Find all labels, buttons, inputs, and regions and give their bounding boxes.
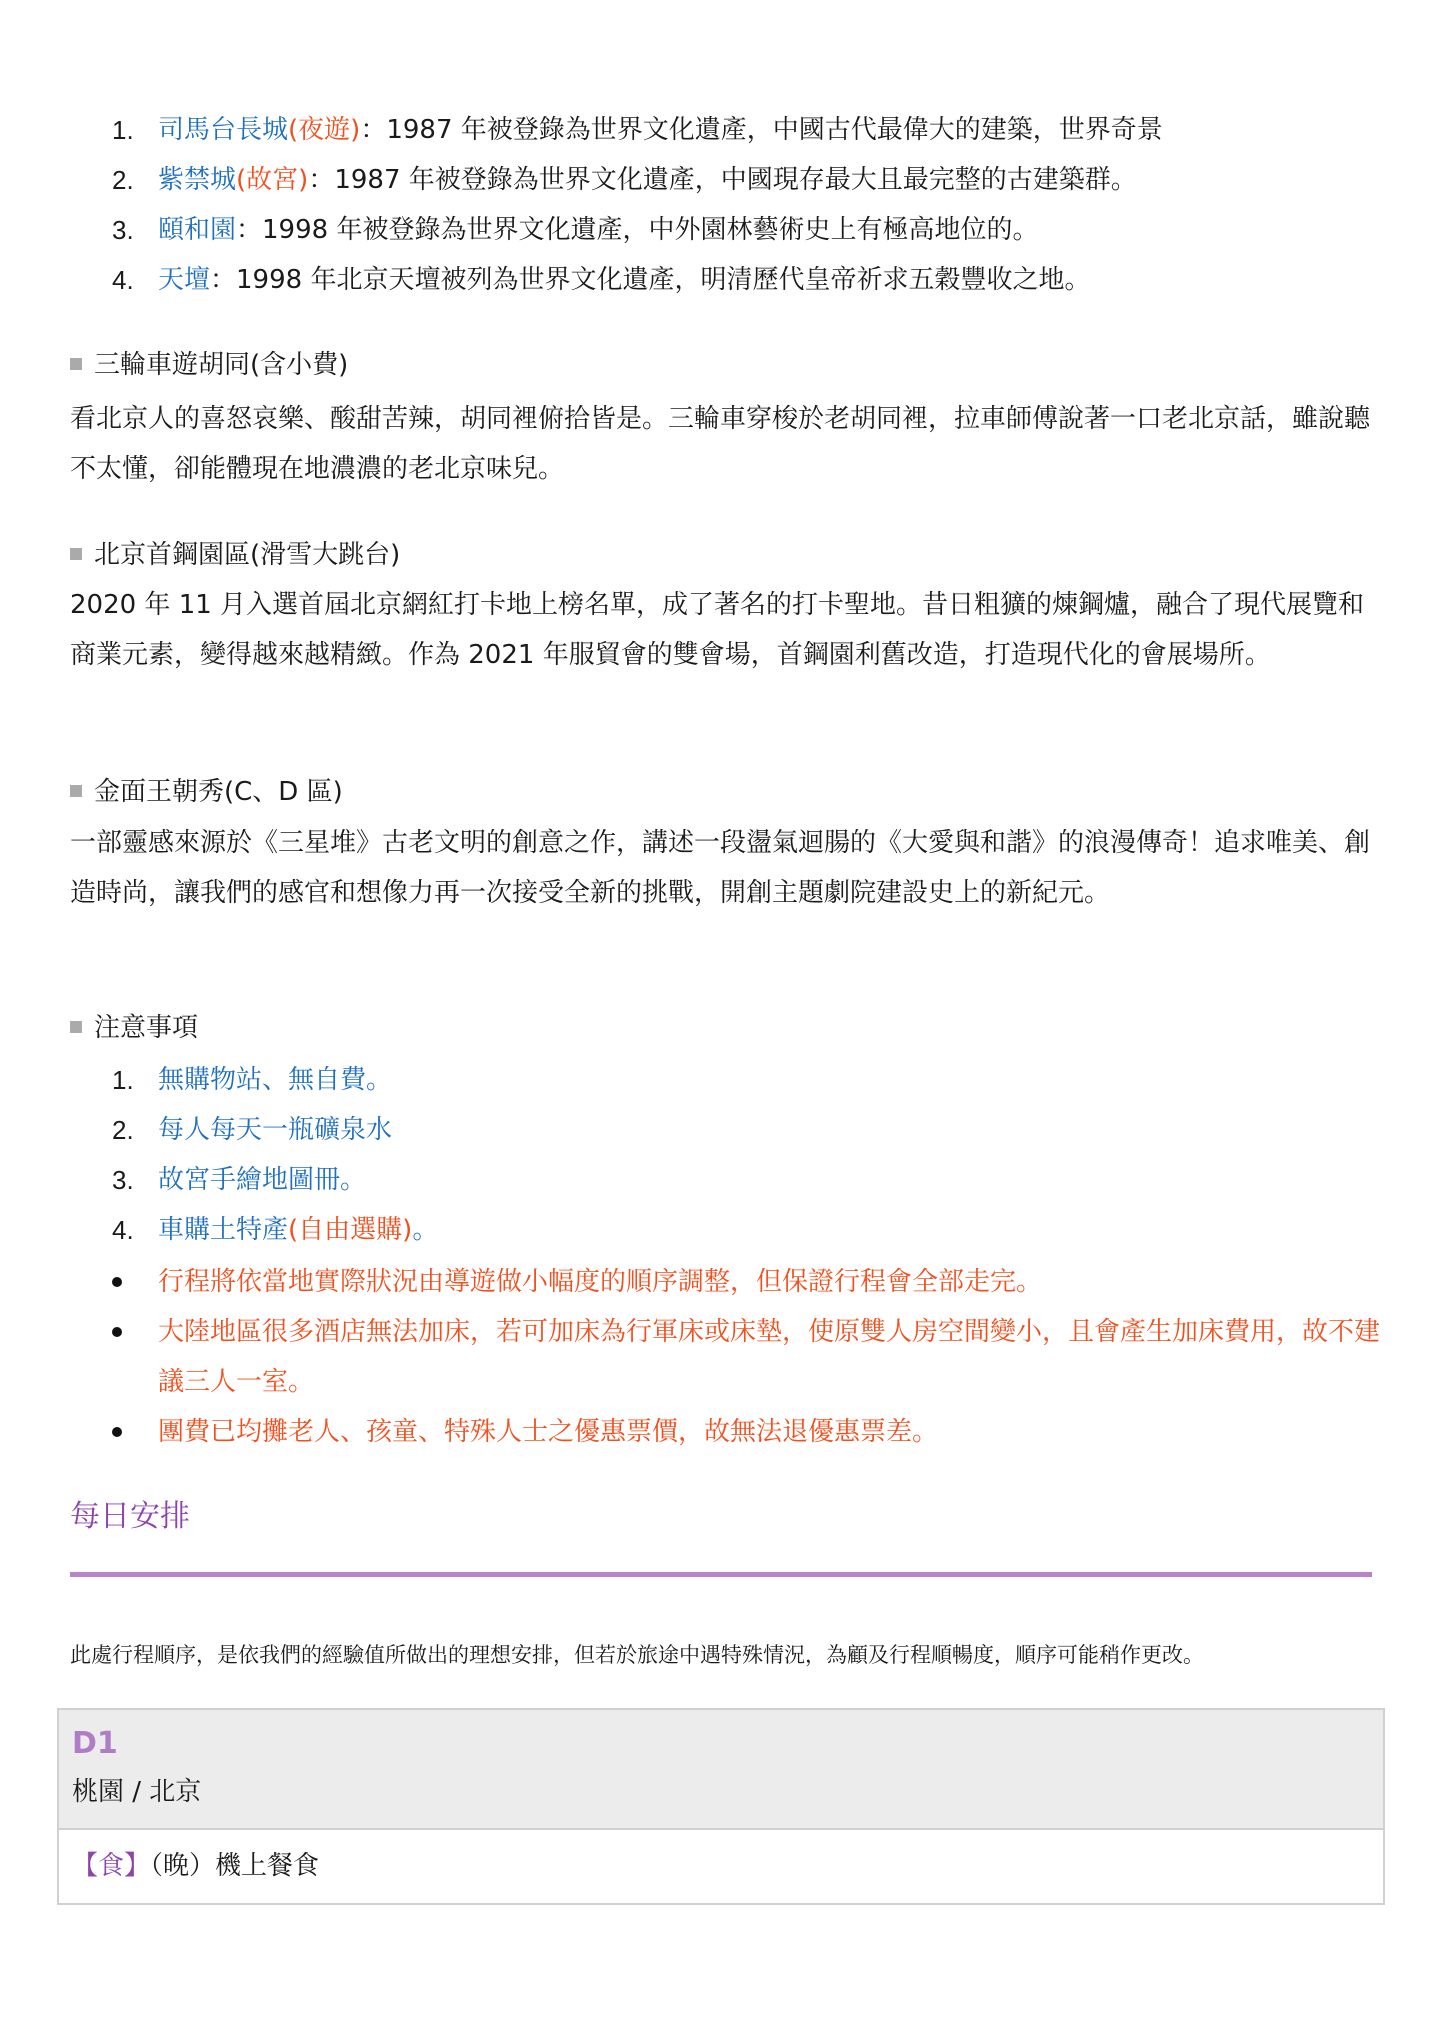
- note-text: 故宮手繪地圖冊。: [158, 1165, 366, 1195]
- daily-schedule-note: 此處行程順序，是依我們的經驗值所做出的理想安排，但若於旅途中遇特殊情況，為顧及行…: [70, 1634, 1370, 1676]
- section-title: 金面王朝秀(C、D 區): [94, 777, 343, 807]
- square-bullet-icon: [70, 785, 82, 797]
- section-heading-shougang: 北京首鋼園區(滑雪大跳台): [70, 535, 400, 575]
- heritage-desc: ：1998 年北京天壇被列為世界文化遺產，明清歷代皇帝祈求五穀豐收之地。: [210, 265, 1090, 295]
- list-item: 行程將依當地實際狀況由導遊做小幅度的順序調整，但保證行程會全部走完。: [0, 1257, 1380, 1307]
- heritage-desc: ：1987 年被登錄為世界文化遺產，中國古代最偉大的建築，世界奇景: [360, 115, 1162, 145]
- square-bullet-icon: [70, 548, 82, 560]
- meal-tag: 【食】: [72, 1851, 150, 1881]
- heritage-name: 紫禁城: [158, 165, 236, 195]
- list-number: 2.: [112, 155, 152, 205]
- notes-bullet-list: 行程將依當地實際狀況由導遊做小幅度的順序調整，但保證行程會全部走完。 大陸地區很…: [0, 1257, 1380, 1457]
- heritage-desc: ：1998 年被登錄為世界文化遺產，中外園林藝術史上有極高地位的。: [236, 215, 1038, 245]
- note-tail: 。: [412, 1215, 438, 1245]
- heritage-tag: (夜遊): [288, 115, 360, 145]
- note-text: 無購物站、無自費。: [158, 1065, 392, 1095]
- list-number: 4.: [112, 1205, 152, 1255]
- note-text: 車購土特產: [158, 1215, 288, 1245]
- bullet-text: 行程將依當地實際狀況由導遊做小幅度的順序調整，但保證行程會全部走完。: [158, 1267, 1042, 1297]
- list-number: 1.: [112, 105, 152, 155]
- day-route: 桃園 / 北京: [72, 1772, 201, 1812]
- list-item: 團費已均攤老人、孩童、特殊人士之優惠票價，故無法退優惠票差。: [0, 1407, 1380, 1457]
- heritage-name: 頤和園: [158, 215, 236, 245]
- section-title: 注意事項: [94, 1013, 198, 1043]
- note-tag: (自由選購): [288, 1215, 412, 1245]
- bullet-dot-icon: [112, 1327, 122, 1337]
- heritage-tag: (故宮): [236, 165, 308, 195]
- section-body-hutong: 看北京人的喜怒哀樂、酸甜苦辣，胡同裡俯拾皆是。三輪車穿梭於老胡同裡，拉車師傅說著…: [70, 394, 1390, 494]
- bullet-dot-icon: [112, 1427, 122, 1437]
- note-text: 每人每天一瓶礦泉水: [158, 1115, 392, 1145]
- square-bullet-icon: [70, 1021, 82, 1033]
- list-number: 3.: [112, 205, 152, 255]
- section-title: 北京首鋼園區(滑雪大跳台): [94, 540, 400, 570]
- day-label: D1: [72, 1724, 118, 1764]
- square-bullet-icon: [70, 358, 82, 370]
- daily-schedule-heading: 每日安排: [70, 1496, 190, 1538]
- day-meal-row: 【食】（晚）機上餐食: [72, 1846, 319, 1886]
- heritage-desc: ：1987 年被登錄為世界文化遺產，中國現存最大且最完整的古建築群。: [308, 165, 1136, 195]
- section-title: 三輪車遊胡同(含小費): [94, 350, 348, 380]
- list-number: 1.: [112, 1055, 152, 1105]
- section-heading-hutong: 三輪車遊胡同(含小費): [70, 345, 348, 385]
- bullet-text: 團費已均攤老人、孩童、特殊人士之優惠票價，故無法退優惠票差。: [158, 1417, 938, 1447]
- section-heading-golden-mask: 金面王朝秀(C、D 區): [70, 772, 343, 812]
- meal-text: （晚）機上餐食: [150, 1851, 319, 1881]
- section-heading-notes: 注意事項: [70, 1008, 198, 1048]
- bullet-text: 大陸地區很多酒店無法加床，若可加床為行軍床或床墊，使原雙人房空間變小，且會產生加…: [158, 1317, 1380, 1397]
- section-body-golden-mask: 一部靈感來源於《三星堆》古老文明的創意之作，講述一段盪氣迴腸的《大愛與和諧》的浪…: [70, 818, 1390, 918]
- list-item: 大陸地區很多酒店無法加床，若可加床為行軍床或床墊，使原雙人房空間變小，且會產生加…: [0, 1307, 1380, 1407]
- list-number: 2.: [112, 1105, 152, 1155]
- list-number: 4.: [112, 255, 152, 305]
- day-card-d1: D1 桃園 / 北京 【食】（晚）機上餐食: [57, 1708, 1385, 1905]
- bullet-dot-icon: [112, 1277, 122, 1287]
- day-card-header: D1 桃園 / 北京: [59, 1710, 1383, 1830]
- section-body-shougang: 2020 年 11 月入選首屆北京網紅打卡地上榜名單，成了著名的打卡聖地。昔日粗…: [70, 580, 1390, 680]
- heading-divider: [70, 1572, 1372, 1577]
- itinerary-page: 1. 司馬台長城(夜遊)：1987 年被登錄為世界文化遺產，中國古代最偉大的建築…: [0, 0, 1440, 2036]
- list-number: 3.: [112, 1155, 152, 1205]
- heritage-name: 天壇: [158, 265, 210, 295]
- heritage-name: 司馬台長城: [158, 115, 288, 145]
